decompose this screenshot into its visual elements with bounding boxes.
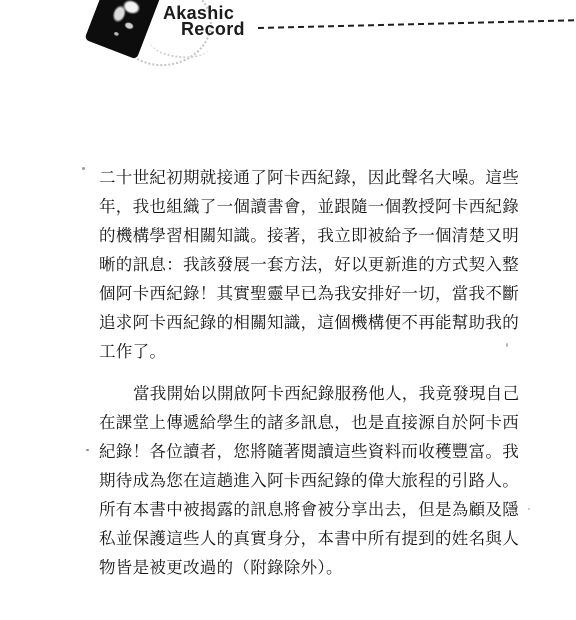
text-line: 晰的訊息：我該發展一套方法，好以更新進的方式契入整 <box>99 250 519 279</box>
brand-title: Akashic Record <box>163 5 245 37</box>
paragraph-2: 當我開始以開啟阿卡西紀錄服務他人，我竟發現自己 在課堂上傳遞給學生的諸多訊息，也… <box>99 379 519 582</box>
text-line: 所有本書中被揭露的訊息將會被分享出去，但是為顧及隱 <box>99 495 519 524</box>
text-line: 私並保護這些人的真實身分，本書中所有提到的姓名與人 <box>99 524 519 553</box>
dashed-divider <box>258 19 576 29</box>
paragraph-1: 二十世紀初期就接通了阿卡西紀錄，因此聲名大噪。這些 年，我也組織了一個讀書會，並… <box>99 163 519 366</box>
page-header: Akashic Record <box>0 0 576 70</box>
text-line: 工作了。 <box>99 337 519 366</box>
text-line: 在課堂上傳遞給學生的諸多訊息，也是直接源自於阿卡西 <box>99 408 519 437</box>
text-line: 個阿卡西紀錄！其實聖靈早已為我安排好一切，當我不斷 <box>99 279 519 308</box>
text-line: 紀錄！各位讀者，您將隨著閱讀這些資料而收穫豐富。我 <box>99 437 519 466</box>
text-line: 的機構學習相關知識。接著，我立即被給予一個清楚又明 <box>99 221 519 250</box>
brand-line-record: Record <box>181 21 245 37</box>
scanned-book-page: Akashic Record 二十世紀初期就接通了阿卡西紀錄，因此聲名大噪。這些… <box>0 0 576 620</box>
text-line: 當我開始以開啟阿卡西紀錄服務他人，我竟發現自己 <box>99 379 519 408</box>
scan-speck <box>528 508 530 510</box>
text-line: 期待成為您在這趟進入阿卡西紀錄的偉大旅程的引路人。 <box>99 466 519 495</box>
scan-speck <box>506 343 508 347</box>
text-line: 二十世紀初期就接通了阿卡西紀錄，因此聲名大噪。這些 <box>99 163 519 192</box>
text-line: 年，我也組織了一個讀書會，並跟隨一個教授阿卡西紀錄 <box>99 192 519 221</box>
scan-speck <box>82 167 85 170</box>
page-body: 二十世紀初期就接通了阿卡西紀錄，因此聲名大噪。這些 年，我也組織了一個讀書會，並… <box>99 163 519 582</box>
text-line: 物皆是被更改過的（附錄除外）。 <box>99 553 519 582</box>
text-line: 追求阿卡西紀錄的相關知識，這個機構便不再能幫助我的 <box>99 308 519 337</box>
scan-speck <box>86 449 89 451</box>
